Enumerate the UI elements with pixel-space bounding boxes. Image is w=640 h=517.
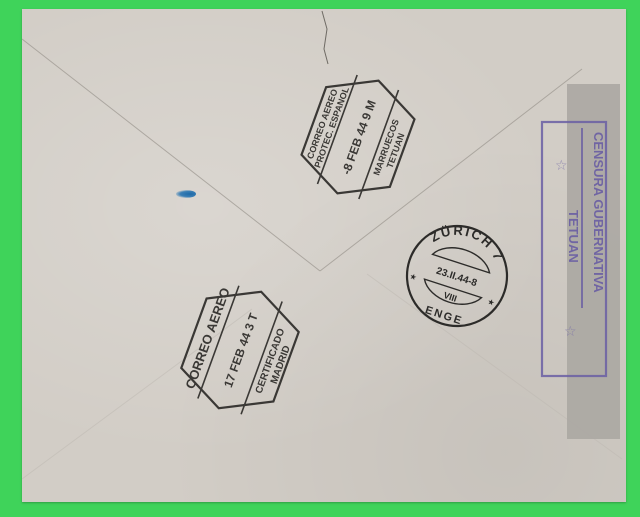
svg-text:TETUAN: TETUAN xyxy=(566,210,581,263)
svg-text:CENSURA GUBERNATIVA: CENSURA GUBERNATIVA xyxy=(591,132,606,293)
postmark-zurich: ZÜRICH 7 23.II.44-8 VIII ENGE ★ ★ xyxy=(402,221,512,331)
ink-spot xyxy=(176,190,196,198)
svg-text:★: ★ xyxy=(486,297,496,308)
svg-text:ZÜRICH 7: ZÜRICH 7 xyxy=(424,221,512,267)
postmark-censor: CENSURA GUBERNATIVA TETUAN ☆ ☆ xyxy=(538,118,614,380)
svg-text:☆: ☆ xyxy=(555,158,568,174)
svg-text:★: ★ xyxy=(408,272,418,283)
postmark-madrid: CORREO AEREO 17 FEB 44 3 T CERTIFICADO M… xyxy=(172,283,308,417)
svg-text:VIII: VIII xyxy=(442,290,458,304)
svg-text:☆: ☆ xyxy=(564,324,577,340)
postmark-tetuan: CORREO AEREO PROTEC. ESPANOL -8 FEB 44 9… xyxy=(292,72,424,202)
svg-text:23.II.44-8: 23.II.44-8 xyxy=(435,266,479,290)
